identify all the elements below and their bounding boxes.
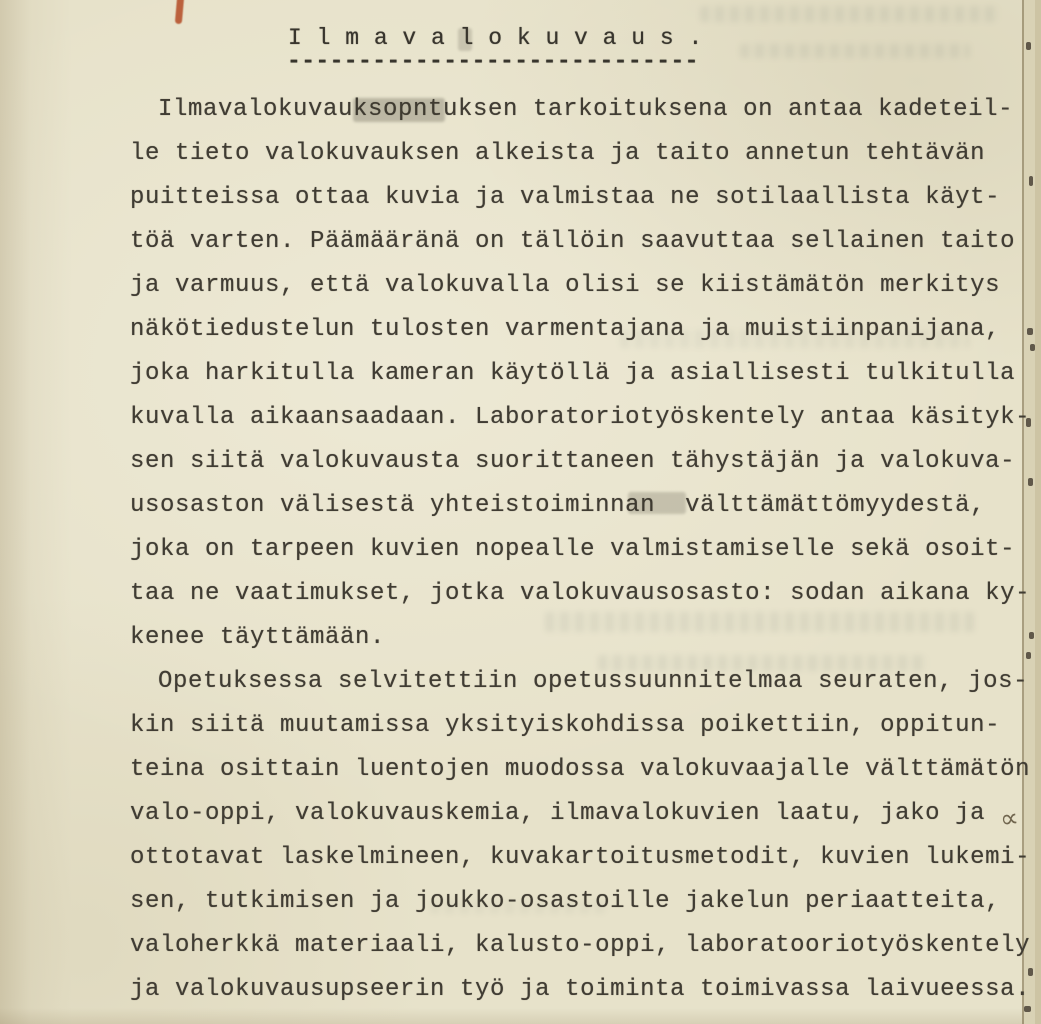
text-line: joka harkitulla kameran käytöllä ja asia… [130, 352, 1035, 396]
left-edge-shadow [0, 0, 72, 1024]
text-line: teina osittain luentojen muodossa valoku… [130, 748, 1035, 792]
edge-speck [1030, 344, 1035, 351]
edge-speck [1026, 652, 1031, 659]
scanned-document-page: I l m a v a l o k u v a u s . ----------… [0, 0, 1041, 1024]
bleed-through-text [700, 6, 1000, 22]
text-line: sen siitä valokuvausta suorittaneen tähy… [130, 440, 1035, 484]
text-line: joka on tarpeen kuvien nopealle valmista… [130, 528, 1035, 572]
edge-speck [1029, 176, 1033, 186]
red-pen-mark [175, 0, 184, 24]
document-body: Ilmavalokuvauksopntuksen tarkoituksena o… [130, 88, 1035, 1012]
edge-speck [1026, 418, 1031, 427]
edge-speck [1024, 1006, 1031, 1012]
text-line: valo-oppi, valokuvauskemia, ilmavalokuvi… [130, 792, 1035, 836]
bleed-through-text [740, 44, 970, 58]
text-line: le tieto valokuvauksen alkeista ja taito… [130, 132, 1035, 176]
title-underline: ----------------------------- [287, 52, 703, 70]
text-line: ja varmuus, että valokuvalla olisi se ki… [130, 264, 1035, 308]
edge-speck [1028, 968, 1033, 976]
text-line: Ilmavalokuvauksopntuksen tarkoituksena o… [130, 88, 1035, 132]
text-line: valoherkkä materiaali, kalusto-oppi, lab… [130, 924, 1035, 968]
overstrike-smudge [628, 492, 686, 514]
text-line: kuvalla aikaansaadaan. Laboratoriotyöske… [130, 396, 1035, 440]
text-line: Opetuksessa selvitettiin opetussuunnitel… [130, 660, 1035, 704]
edge-speck [1027, 328, 1033, 335]
pencil-margin-mark: ∝ [998, 803, 1021, 835]
edge-speck [1028, 478, 1033, 486]
text-line: töä varten. Päämääränä on tällöin saavut… [130, 220, 1035, 264]
text-line: näkötiedustelun tulosten varmentajana ja… [130, 308, 1035, 352]
text-line: ja valokuvausupseerin työ ja toiminta to… [130, 968, 1035, 1012]
text-line: kin siitä muutamissa yksityiskohdissa po… [130, 704, 1035, 748]
text-line: ottotavat laskelmineen, kuvakartoitusmet… [130, 836, 1035, 880]
edge-speck [1029, 632, 1034, 639]
text-line: puitteissa ottaa kuvia ja valmistaa ne s… [130, 176, 1035, 220]
overstrike-smudge [458, 28, 472, 51]
overstrike-smudge [353, 98, 445, 122]
text-line: taa ne vaatimukset, jotka valokuvausosas… [130, 572, 1035, 616]
edge-speck [1026, 42, 1031, 50]
text-line: sen, tutkimisen ja joukko-osastoille jak… [130, 880, 1035, 924]
text-line: kenee täyttämään. [130, 616, 1035, 660]
title-block: I l m a v a l o k u v a u s . ----------… [288, 25, 703, 70]
text-line: usosaston välisestä yhteistoiminnan vält… [130, 484, 1035, 528]
